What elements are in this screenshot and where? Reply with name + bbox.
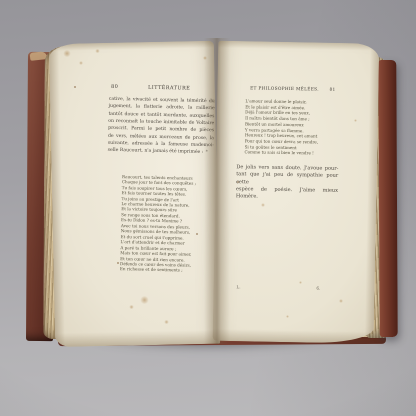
right-prose: De jolis vers sans doute. J'avoue pour-t…: [236, 164, 339, 202]
signature-mark-left: L.: [236, 284, 240, 289]
foxing-spot: [354, 119, 357, 122]
right-page-number: 81: [329, 88, 335, 93]
right-running-title: ET PHILOSOPHIE MÊLÉES.: [238, 86, 330, 92]
prose-line: tant que j'ai peu de sympathie pour cett…: [236, 172, 338, 188]
prose-line: espèce de poésie. J'aime mieux Homère.: [236, 186, 338, 202]
left-poem: Raucourt, tes talents enchanteursChaque …: [120, 174, 218, 274]
right-page-text: ET PHILOSOPHIE MÊLÉES. 81 L'amour seul d…: [234, 86, 339, 291]
foxing-spot: [95, 49, 100, 53]
foxing-spot: [79, 61, 83, 65]
right-running-head: ET PHILOSOPHIE MÊLÉES. 81: [238, 86, 340, 93]
foxing-spot: [129, 305, 134, 309]
foxing-spot: [140, 296, 149, 304]
poem-line: Comme tu sais si bien le vendre !: [245, 150, 339, 157]
left-paragraph: cative, la vivacité et souvent la téméri…: [108, 96, 215, 157]
foxing-spot: [164, 320, 169, 324]
foxing-spot: [286, 315, 289, 318]
footnote-mark: *: [206, 150, 208, 155]
foxing-spot: [203, 56, 207, 60]
right-poem: L'amour seul donne le plaisir,Et le plai…: [245, 98, 340, 157]
left-running-head: 80 LITTÉRATURE: [106, 84, 220, 93]
book-photo: 80 LITTÉRATURE cative, la vivacité et so…: [0, 0, 416, 416]
signature-mark-right: 6.: [316, 286, 320, 291]
right-cover-board: [378, 60, 397, 337]
foxing-spot: [74, 86, 76, 88]
left-page-text: 80 LITTÉRATURE cative, la vivacité et so…: [102, 84, 220, 274]
foxing-spot: [339, 299, 343, 303]
paragraph-line: selle Raucourt, n'a jamais été imprimée …: [108, 147, 214, 157]
left-running-title: LITTÉRATURE: [118, 84, 220, 92]
foxing-spot: [63, 50, 71, 57]
